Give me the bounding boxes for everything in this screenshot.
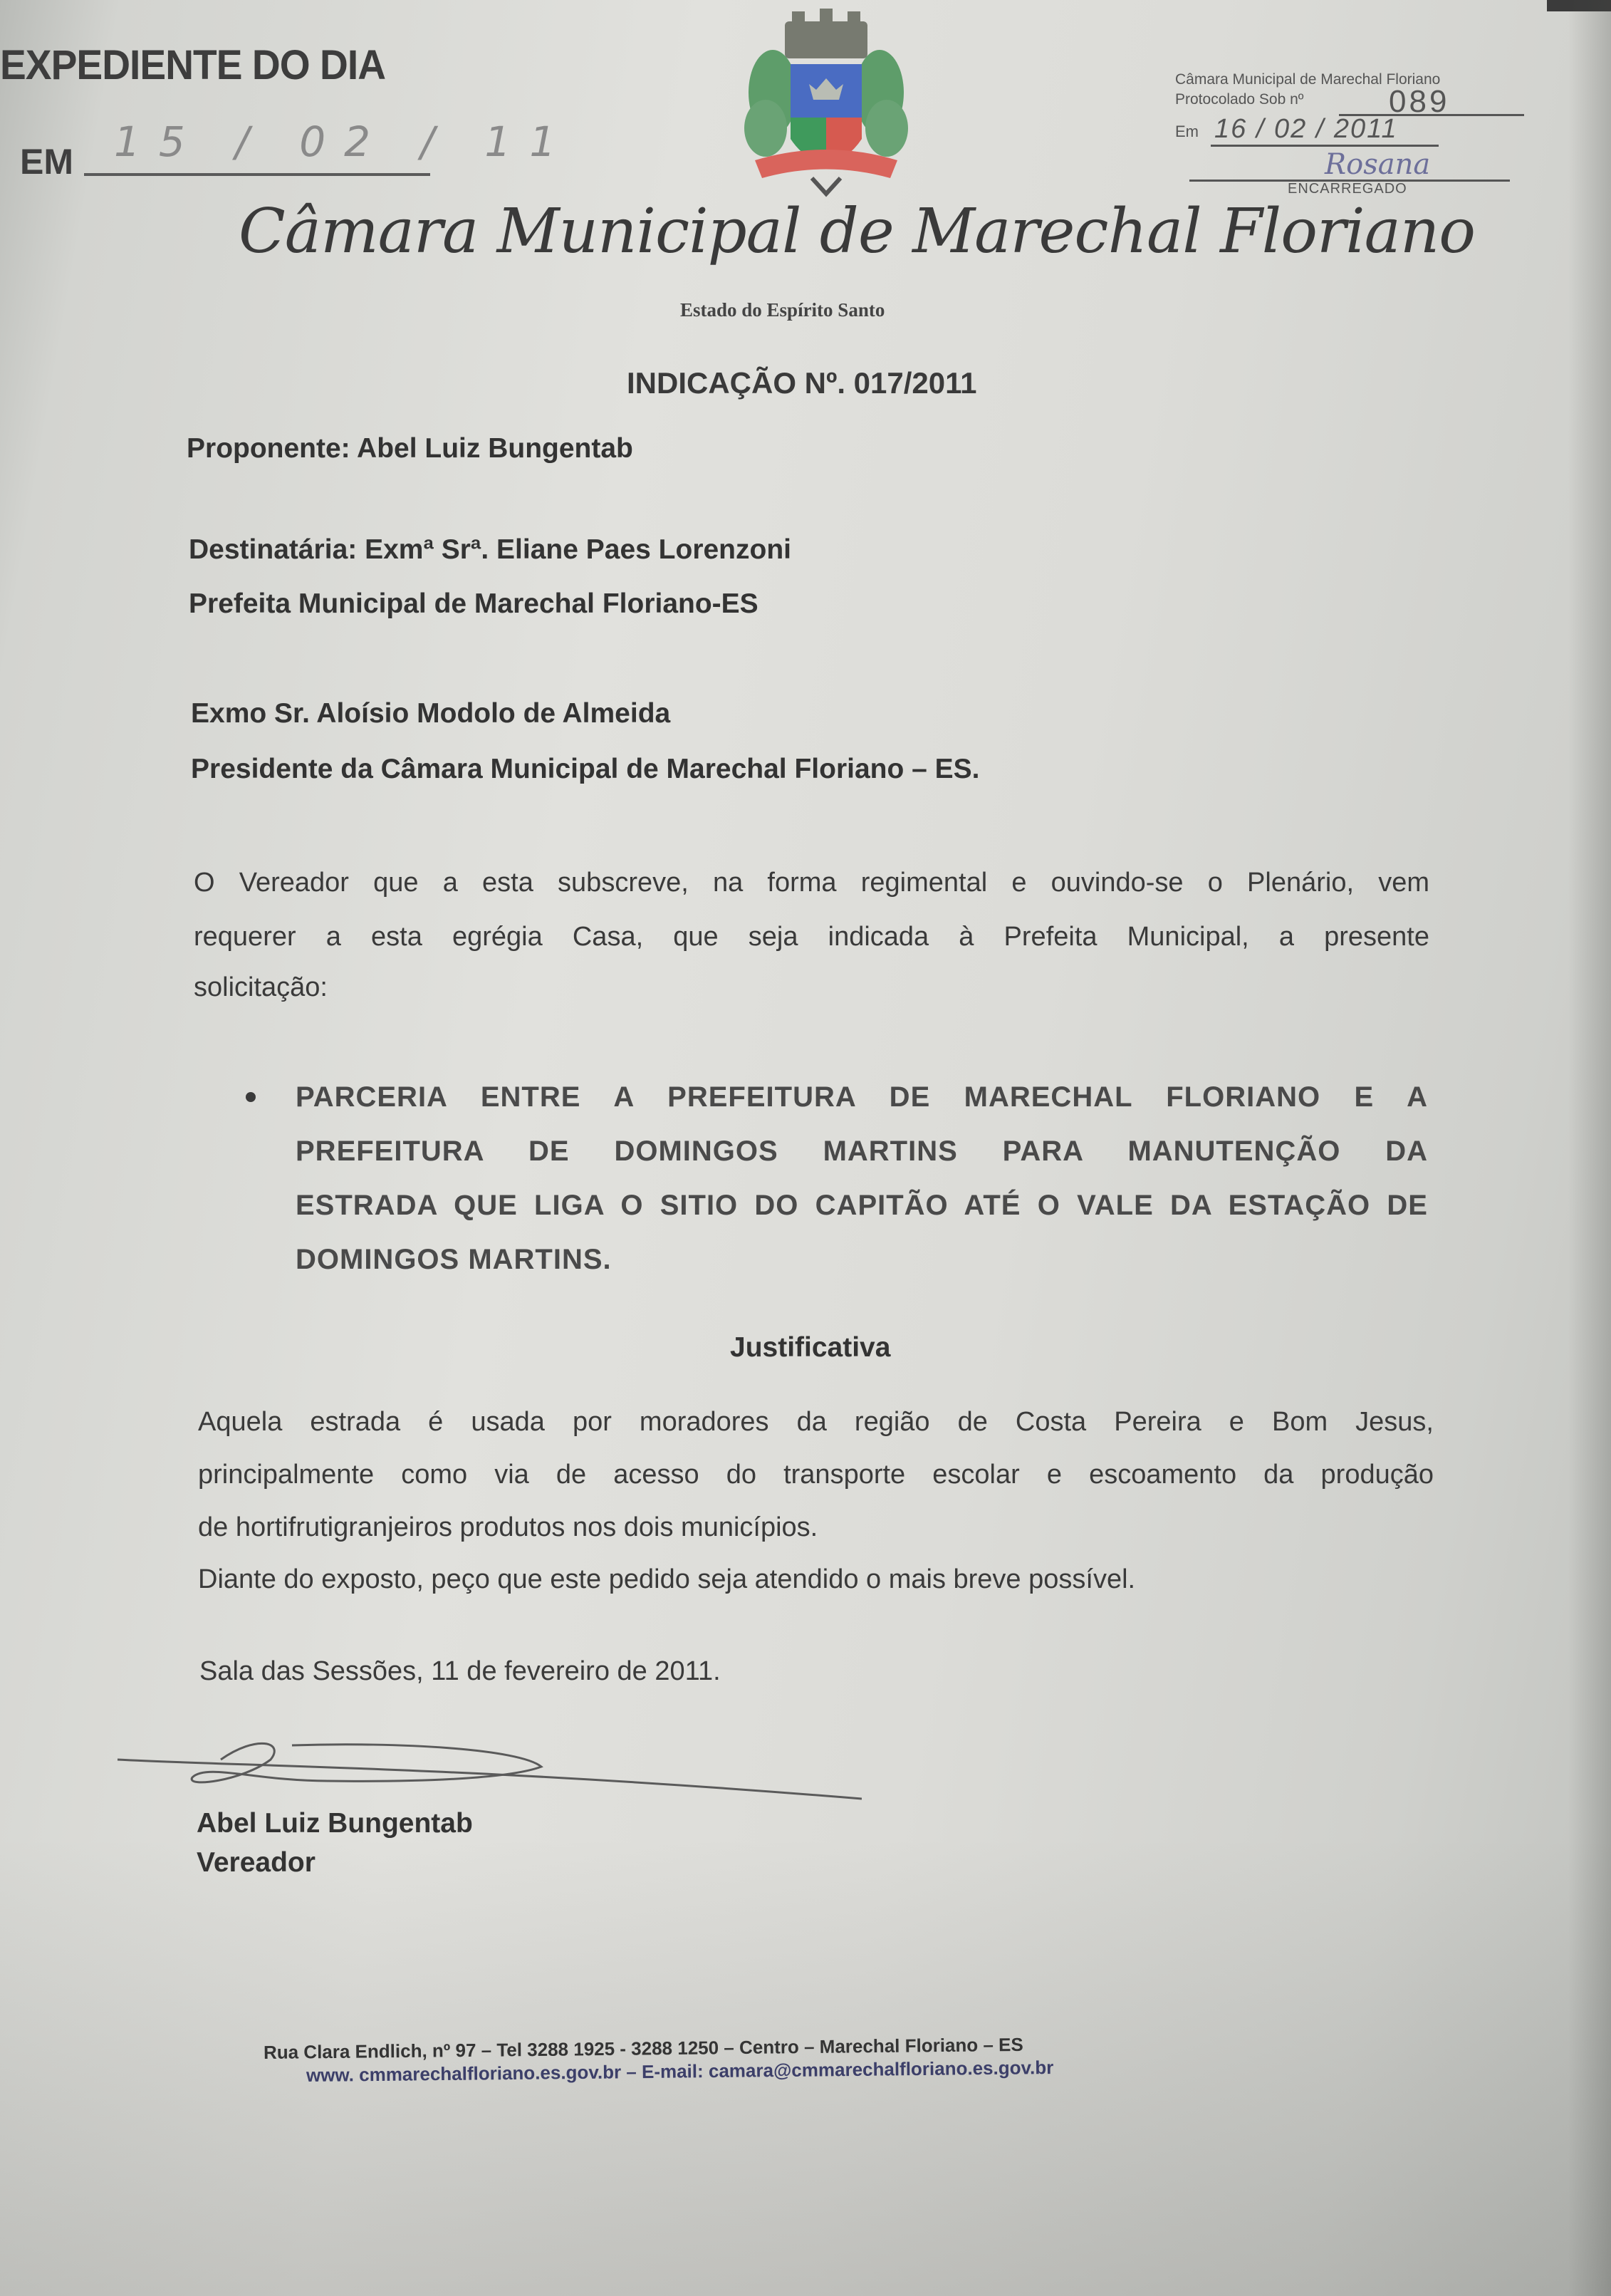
recipient-president: Exmo Sr. Aloísio Modolo de Almeida: [191, 698, 670, 729]
protocol-role: ENCARREGADO: [1288, 181, 1407, 197]
justification-heading: Justificativa: [730, 1332, 890, 1363]
letterhead-title: Câmara Municipal de Marechal Floriano: [239, 196, 1475, 267]
justification-line-2: principalmente como via de acesso do tra…: [198, 1460, 1434, 1490]
expediente-stamp-title: EXPEDIENTE DO DIA: [0, 41, 385, 89]
justification-line-1: Aquela estrada é usada por moradores da …: [198, 1407, 1434, 1438]
intro-line-1: O Vereador que a esta subscreve, na form…: [194, 868, 1429, 898]
protocol-date: 16 / 02 / 2011: [1214, 114, 1398, 145]
closing-date: Sala das Sessões, 11 de fevereiro de 201…: [199, 1656, 721, 1687]
expediente-em-label: EM: [20, 141, 73, 182]
justification-line-3: de hortifrutigranjeiros produtos nos doi…: [198, 1512, 818, 1543]
protocol-signature: Rosana: [1325, 148, 1430, 181]
signer-title: Vereador: [197, 1847, 316, 1879]
justification-line-4: Diante do exposto, peço que este pedido …: [198, 1564, 1135, 1595]
request-line-3: ESTRADA QUE LIGA O SITIO DO CAPITÃO ATÉ …: [296, 1190, 1428, 1222]
request-line-2: PREFEITURA DE DOMINGOS MARTINS PARA MANU…: [296, 1136, 1428, 1168]
request-line-1: PARCERIA ENTRE A PREFEITURA DE MARECHAL …: [296, 1081, 1428, 1113]
intro-line-2: requerer a esta egrégia Casa, que seja i…: [194, 922, 1429, 952]
protocol-em-label: Em: [1175, 123, 1199, 141]
protocol-date-line: [1211, 145, 1439, 147]
protocol-stamp-label: Protocolado Sob nº: [1175, 90, 1303, 109]
destinataria-role: Prefeita Municipal de Marechal Floriano-…: [189, 588, 758, 620]
expediente-date-line: [84, 173, 430, 176]
signer-name: Abel Luiz Bungentab: [197, 1808, 473, 1839]
intro-line-3: solicitação:: [194, 972, 328, 1003]
page-shadow: [1568, 0, 1611, 2296]
letterhead-subtitle: Estado do Espírito Santo: [680, 299, 885, 321]
request-line-4: DOMINGOS MARTINS.: [296, 1244, 612, 1276]
recipient-president-role: Presidente da Câmara Municipal de Marech…: [191, 754, 980, 785]
expediente-handwritten-date: 15 / 02 / 11: [114, 118, 574, 166]
bullet-icon: [246, 1092, 256, 1102]
protocol-number: 089: [1389, 84, 1449, 120]
municipal-coat-of-arms-icon: [741, 7, 912, 199]
destinataria: Destinatária: Exmª Srª. Eliane Paes Lore…: [189, 534, 791, 566]
proponente: Proponente: Abel Luiz Bungentab: [187, 433, 633, 464]
document-heading: INDICAÇÃO Nº. 017/2011: [627, 366, 977, 400]
